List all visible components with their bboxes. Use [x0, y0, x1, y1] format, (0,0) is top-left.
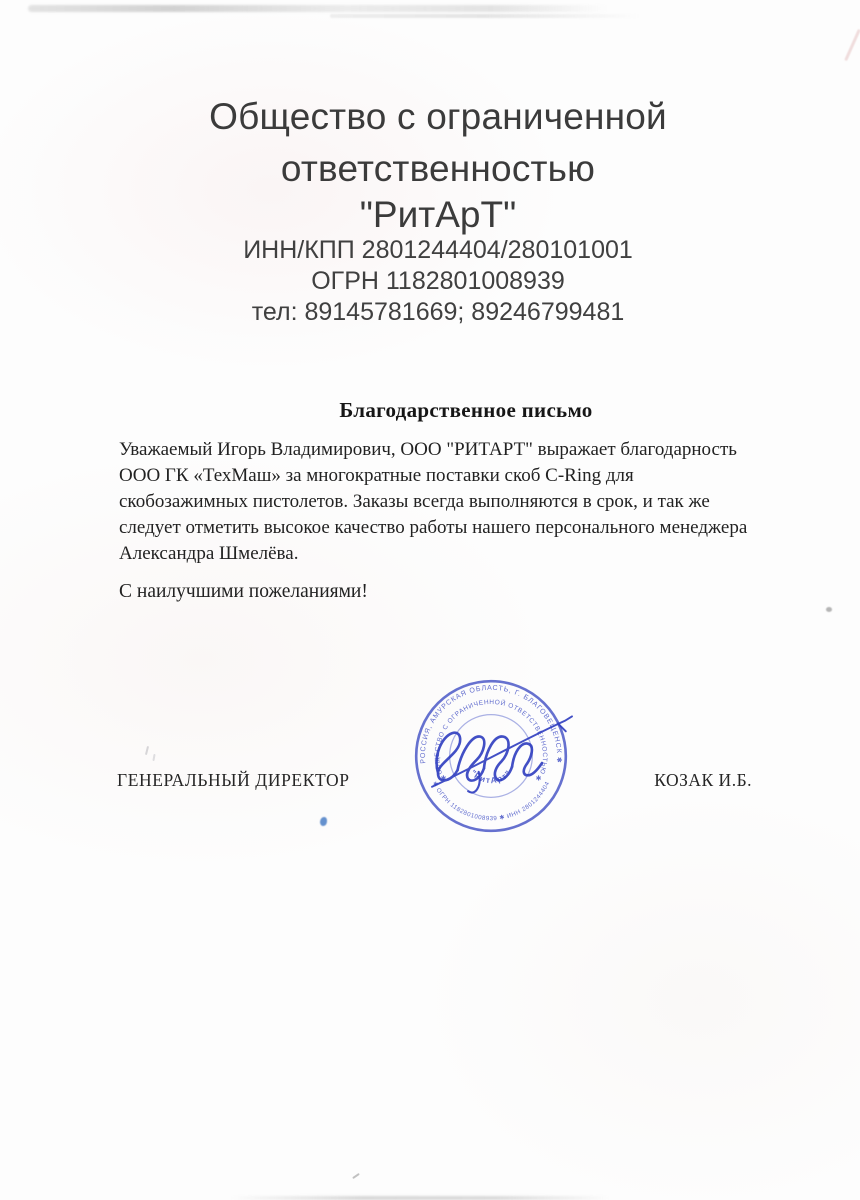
company-name-line2: ответственностью — [28, 143, 848, 195]
letter-body: Уважаемый Игорь Владимирович, ООО "РИТАР… — [119, 437, 819, 567]
letter-title: Благодарственное письмо — [119, 398, 813, 423]
body-line: следует отметить высокое качество работы… — [119, 515, 819, 541]
scan-artifact — [352, 1173, 360, 1179]
scan-artifact — [844, 29, 860, 61]
scan-artifact — [145, 746, 149, 755]
phone-line: тел: 89145781669; 89246799481 — [28, 297, 848, 328]
inn-kpp-line: ИНН/КПП 2801244404/280101001 — [28, 235, 848, 266]
scan-artifact — [152, 754, 155, 761]
scan-artifact — [28, 5, 608, 12]
scan-artifact — [826, 607, 832, 612]
director-name: КОЗАК И.Б. — [654, 770, 752, 791]
company-seal-stamp: РОССИЯ, АМУРСКАЯ ОБЛАСТЬ, Г. БЛАГОВЕЩЕНС… — [403, 668, 579, 844]
seal-ogrn-inn-text: ✱ ОГРН 1182801008939 ✱ ИНН 2801244404 — [431, 780, 552, 822]
body-line: ООО ГК «ТехМаш» за многократные поставки… — [119, 463, 819, 489]
seal-star-right: ✱ — [536, 775, 542, 783]
ink-blot-artifact — [320, 817, 327, 826]
body-line: скобозажимных пистолетов. Заказы всегда … — [119, 489, 819, 515]
scan-artifact — [330, 14, 640, 18]
company-short-name: "РитАрТ" — [28, 195, 848, 235]
body-line: Александра Шмелёва. — [119, 541, 819, 567]
company-name-line1: Общество с ограниченной — [28, 91, 848, 143]
director-signature — [432, 716, 572, 792]
director-position-title: ГЕНЕРАЛЬНЫЙ ДИРЕКТОР — [117, 770, 350, 791]
svg-text:✱ ОГРН 1182801008939 ✱ ИНН 280: ✱ ОГРН 1182801008939 ✱ ИНН 2801244404 — [431, 780, 552, 822]
letter-closing: С наилучшими пожеланиями! — [119, 581, 368, 603]
scan-artifact — [230, 1196, 610, 1200]
body-line: Уважаемый Игорь Владимирович, ООО "РИТАР… — [119, 437, 819, 463]
ogrn-line: ОГРН 1182801008939 — [28, 266, 848, 297]
scanned-letter-page: Общество с ограниченной ответственностью… — [0, 0, 860, 1200]
letterhead: Общество с ограниченной ответственностью… — [28, 91, 848, 328]
